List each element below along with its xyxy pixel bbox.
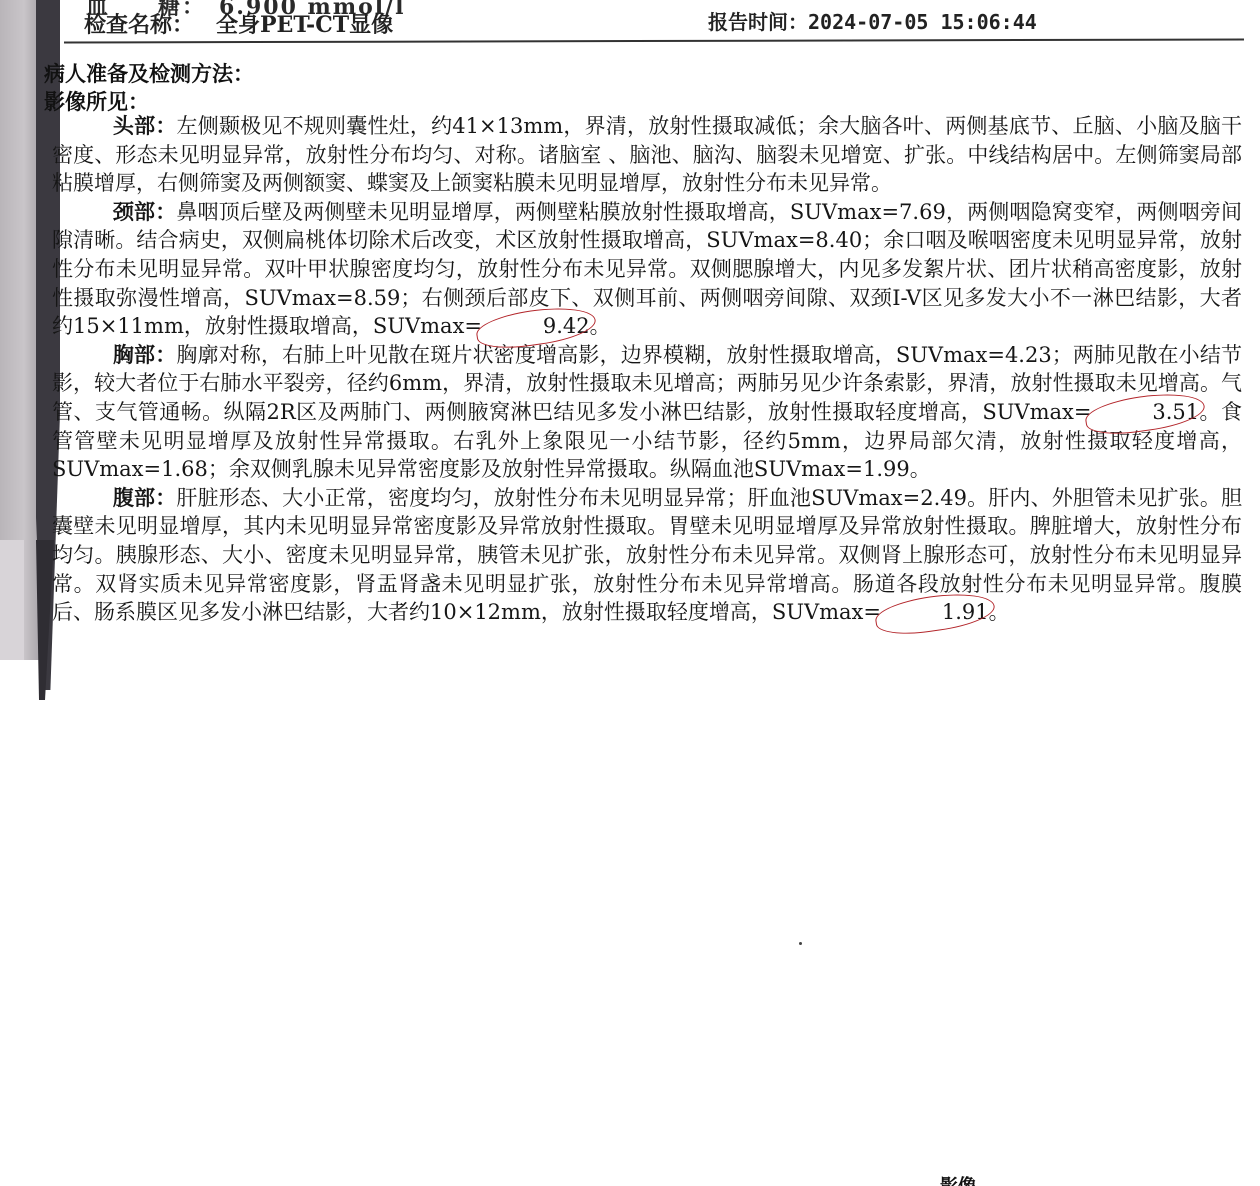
circled-suv-value: 3.51 bbox=[1091, 398, 1199, 427]
finding-head: 头部：左侧颞极见不规则囊性灶，约41×13mm，界清，放射性摄取减低；余大脑各叶… bbox=[52, 112, 1242, 198]
finding-text: 鼻咽顶后壁及两侧壁未见明显增厚，两侧壁粘膜放射性摄取增高，SUVmax=7.69… bbox=[52, 200, 1242, 338]
finding-chest: 胸部：胸廓对称，右肺上叶见散在斑片状密度增高影，边界模糊，放射性摄取增高，SUV… bbox=[52, 341, 1242, 484]
exam-name-row: 检查名称：全身PET-CT显像 bbox=[84, 8, 393, 39]
finding-label: 腹部： bbox=[113, 485, 176, 510]
circled-suv-value: 1.91 bbox=[881, 598, 989, 627]
report-header: 血 糖： 6.900 mmol/l 检查名称：全身PET-CT显像 报告时间：2… bbox=[76, 0, 1236, 44]
report-time-value: 2024-07-05 15:06:44 bbox=[808, 10, 1037, 34]
exam-name-label: 检查名称： bbox=[84, 12, 194, 38]
finding-text: 左侧颞极见不规则囊性灶，约41×13mm，界清，放射性摄取减低；余大脑各叶、两侧… bbox=[52, 114, 1242, 195]
circled-suv-value: 9.42 bbox=[482, 312, 590, 341]
finding-label: 颈部： bbox=[113, 199, 176, 224]
scan-speck bbox=[799, 942, 802, 945]
exam-name-value: 全身PET-CT显像 bbox=[216, 12, 393, 38]
finding-label: 胸部： bbox=[113, 342, 176, 367]
report-time-label: 报告时间： bbox=[708, 10, 808, 34]
scan-background-fade bbox=[0, 540, 24, 660]
finding-text: 肝脏形态、大小正常，密度均匀，放射性分布未见明显异常；肝血池SUVmax=2.4… bbox=[52, 486, 1242, 624]
footer-partial-label: 影像 bbox=[940, 1172, 976, 1186]
finding-label: 头部： bbox=[113, 113, 177, 138]
finding-text: 胸廓对称，右肺上叶见散在斑片状密度增高影，边界模糊，放射性摄取增高，SUVmax… bbox=[52, 343, 1242, 424]
section-title-prep: 病人准备及检测方法： bbox=[44, 58, 254, 88]
finding-neck: 颈部：鼻咽顶后壁及两侧壁未见明显增厚，两侧壁粘膜放射性摄取增高，SUVmax=7… bbox=[52, 198, 1242, 341]
report-time: 报告时间：2024-07-05 15:06:44 bbox=[708, 6, 1037, 35]
finding-abdomen: 腹部：肝脏形态、大小正常，密度均匀，放射性分布未见明显异常；肝血池SUVmax=… bbox=[52, 484, 1242, 627]
findings-body: 头部：左侧颞极见不规则囊性灶，约41×13mm，界清，放射性摄取减低；余大脑各叶… bbox=[52, 112, 1242, 627]
